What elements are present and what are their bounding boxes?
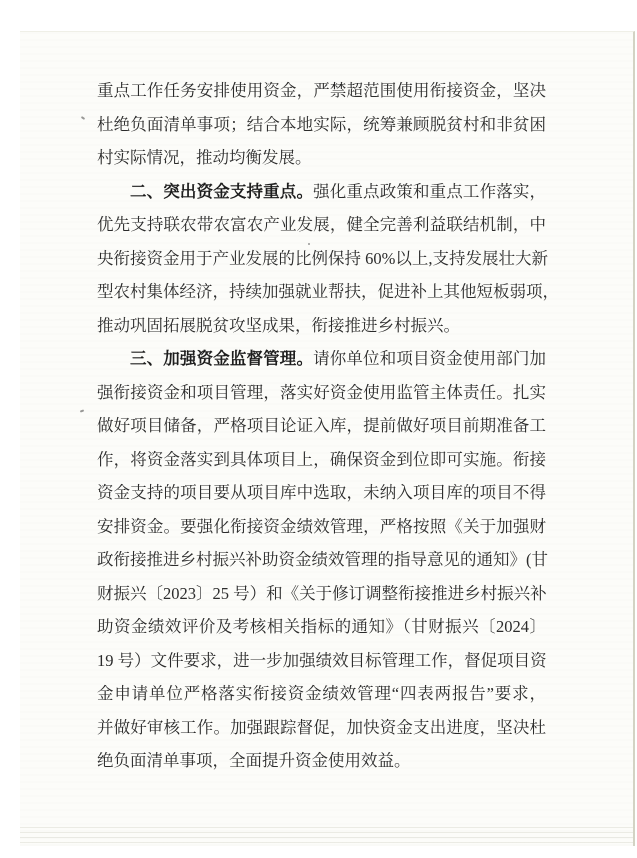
- line-text: 央衔接资金用于产业发展的比例保持 60%以上,支持发展壮大新: [97, 249, 548, 268]
- line-text: 推动巩固拓展脱贫攻坚成果，衔接推进乡村振兴。: [97, 316, 460, 335]
- line-text: 政衔接推进乡村振兴补助资金绩效管理的指导意见的通知》(甘: [97, 550, 548, 569]
- line-text: 重点工作任务安排使用资金，严禁超范围使用衔接资金，坚决: [97, 81, 546, 100]
- document-text: 重点工作任务安排使用资金，严禁超范围使用衔接资金，坚决 杜绝负面清单事项；结合本…: [97, 74, 546, 778]
- text-line: 重点工作任务安排使用资金，严禁超范围使用衔接资金，坚决: [97, 74, 546, 108]
- line-text: 杜绝负面清单事项；结合本地实际，统筹兼顾脱贫村和非贫困: [97, 115, 546, 134]
- text-line: 财振兴〔2023〕25 号）和《关于修订调整衔接推进乡村振兴补: [97, 577, 546, 611]
- text-line: 型农村集体经济，持续加强就业帮扶，促进补上其他短板弱项，: [97, 275, 546, 309]
- text-line: 二、突出资金支持重点。强化重点政策和重点工作落实，: [97, 175, 546, 209]
- text-line: 绝负面清单事项，全面提升资金使用效益。: [97, 744, 546, 778]
- line-text: 型农村集体经济，持续加强就业帮扶，促进补上其他短板弱项，: [97, 282, 559, 301]
- text-line: 优先支持联农带农富农产业发展，健全完善利益联结机制，中: [97, 208, 546, 242]
- text-line: 做好项目储备，严格项目论证入库，提前做好项目前期准备工: [97, 409, 546, 443]
- text-line: 推动巩固拓展脱贫攻坚成果，衔接推进乡村振兴。: [97, 309, 546, 343]
- document-scan: 重点工作任务安排使用资金，严禁超范围使用衔接资金，坚决 杜绝负面清单事项；结合本…: [0, 0, 637, 858]
- line-text: 财振兴〔2023〕25 号）和《关于修订调整衔接推进乡村振兴补: [97, 584, 547, 603]
- line-text: 绝负面清单事项，全面提升资金使用效益。: [97, 751, 411, 770]
- text-line: 助资金绩效评价及考核相关指标的通知》（甘财振兴〔2024〕: [97, 610, 546, 644]
- line-text: 助资金绩效评价及考核相关指标的通知》（甘财振兴〔2024〕: [97, 617, 546, 636]
- text-line: 强衔接资金和项目管理，落实好资金使用监管主体责任。扎实: [97, 376, 546, 410]
- section-heading: 三、加强资金监督管理。: [130, 350, 313, 368]
- text-line: 安排资金。要强化衔接资金绩效管理，严格按照《关于加强财: [97, 510, 546, 544]
- scan-speck: [308, 243, 310, 245]
- text-line: 三、加强资金监督管理。请你单位和项目资金使用部门加: [97, 342, 546, 376]
- text-line: 并做好审核工作。加强跟踪督促，加快资金支出进度，坚决杜: [97, 711, 546, 745]
- scanned-page: 重点工作任务安排使用资金，严禁超范围使用衔接资金，坚决 杜绝负面清单事项；结合本…: [20, 31, 635, 846]
- line-text: 19 号）文件要求，进一步加强绩效目标管理工作，督促项目资: [97, 651, 547, 670]
- text-line: 杜绝负面清单事项；结合本地实际，统筹兼顾脱贫村和非贫困: [97, 108, 546, 142]
- text-line: 作，将资金落实到具体项目上，确保资金到位即可实施。衔接: [97, 443, 546, 477]
- line-text: 强衔接资金和项目管理，落实好资金使用监管主体责任。扎实: [97, 383, 546, 402]
- text-line: 村实际情况，推动均衡发展。: [97, 141, 546, 175]
- line-text: 并做好审核工作。加强跟踪督促，加快资金支出进度，坚决杜: [97, 718, 546, 737]
- section-heading: 二、突出资金支持重点。: [130, 183, 313, 201]
- scan-speck: [81, 116, 85, 120]
- scan-speck: [80, 409, 84, 412]
- line-text: 作，将资金落实到具体项目上，确保资金到位即可实施。衔接: [97, 450, 546, 469]
- line-text: 金申请单位严格落实衔接资金绩效管理“四表两报告”要求，: [97, 684, 546, 703]
- line-text: 请你单位和项目资金使用部门加: [313, 349, 546, 368]
- text-line: 央衔接资金用于产业发展的比例保持 60%以上,支持发展壮大新: [97, 242, 546, 276]
- text-line: 金申请单位严格落实衔接资金绩效管理“四表两报告”要求，: [97, 677, 546, 711]
- line-text: 资金支持的项目要从项目库中选取，未纳入项目库的项目不得: [97, 483, 546, 502]
- line-text: 做好项目储备，严格项目论证入库，提前做好项目前期准备工: [97, 416, 546, 435]
- text-line: 政衔接推进乡村振兴补助资金绩效管理的指导意见的通知》(甘: [97, 543, 546, 577]
- text-line: 19 号）文件要求，进一步加强绩效目标管理工作，督促项目资: [97, 644, 546, 678]
- line-text: 安排资金。要强化衔接资金绩效管理，严格按照《关于加强财: [97, 517, 546, 536]
- line-text: 强化重点政策和重点工作落实，: [313, 182, 546, 201]
- line-text: 村实际情况，推动均衡发展。: [97, 148, 312, 167]
- line-text: 优先支持联农带农富农产业发展，健全完善利益联结机制，中: [97, 215, 546, 234]
- text-line: 资金支持的项目要从项目库中选取，未纳入项目库的项目不得: [97, 476, 546, 510]
